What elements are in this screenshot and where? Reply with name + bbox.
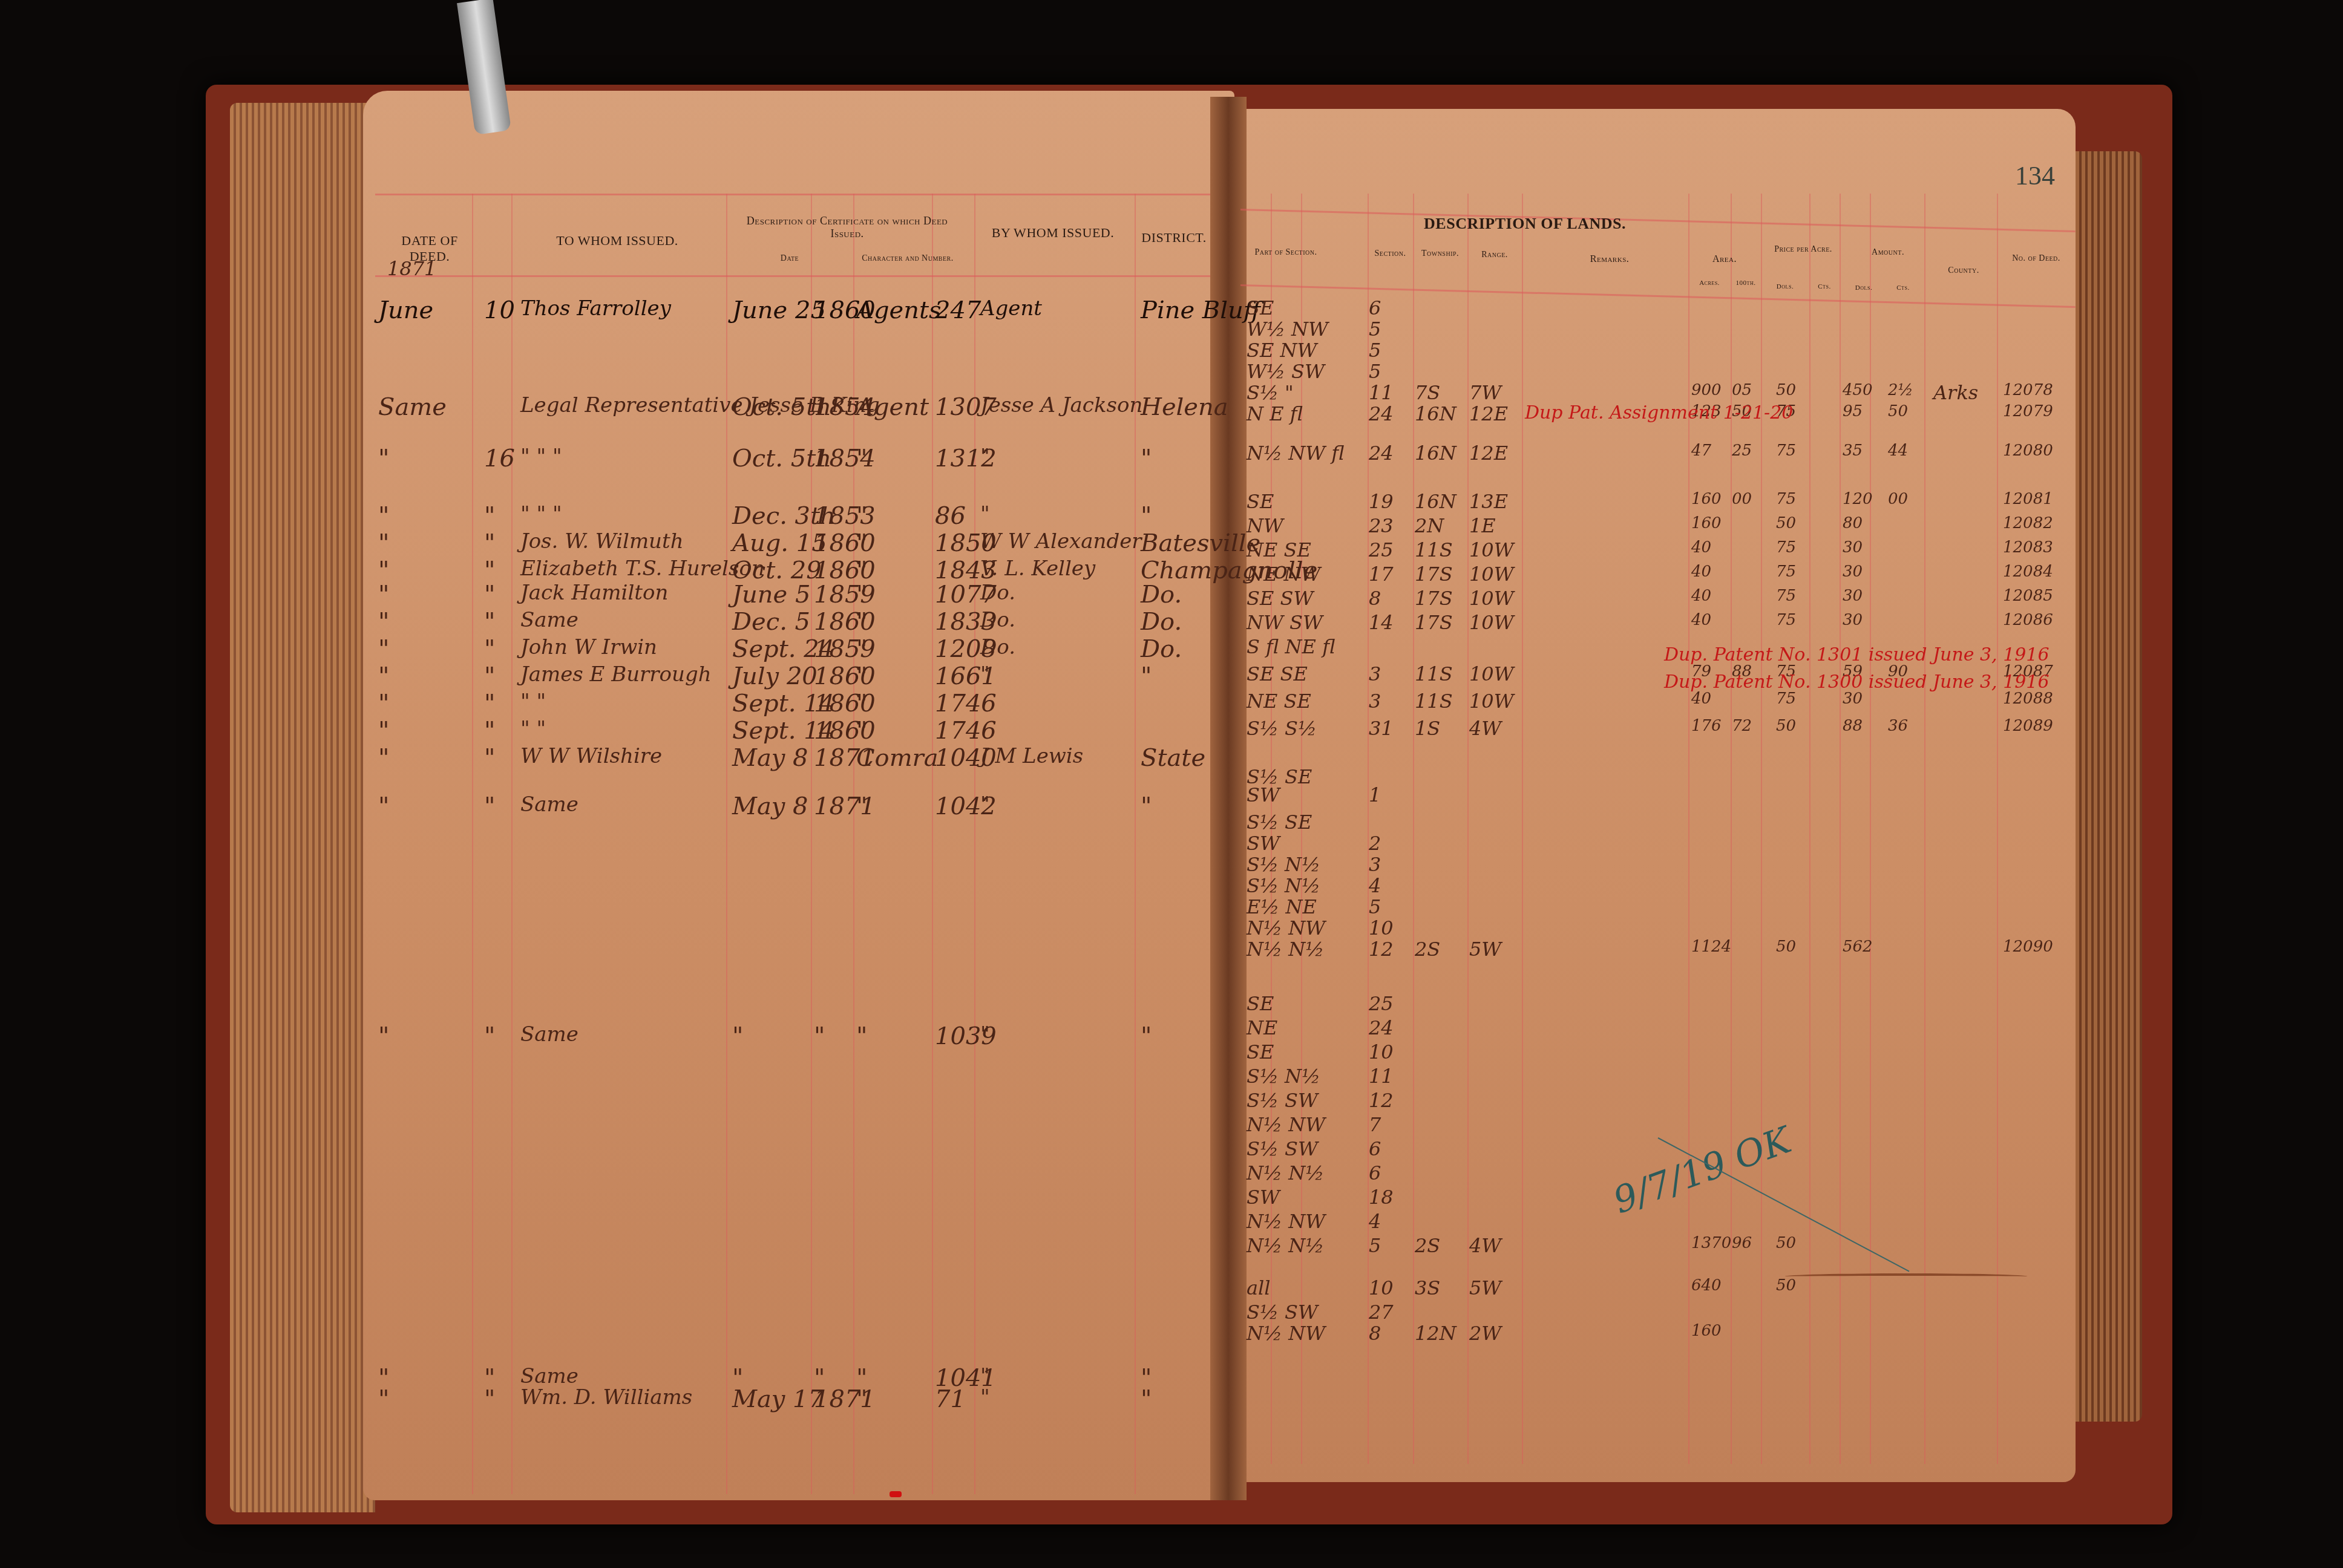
right-cell-h: 72 [1732,717,1752,735]
right-cell-part: W½ NW [1247,318,1328,341]
right-cell-part: SE [1247,1040,1274,1063]
col-rule [932,194,933,1494]
right-cell-section: 8 [1369,587,1381,610]
right-cell-section: 5 [1369,339,1381,362]
left-cell-month: " [378,662,389,690]
right-cell-section: 25 [1369,538,1394,561]
left-cell-cert_date: June 5 [732,581,810,609]
right-cell-part: S½ SW [1247,1137,1318,1160]
right-cell-part: N½ NW [1247,1210,1325,1233]
right-cell-township: 2N [1415,514,1444,537]
right-cell-range: 2W [1469,1322,1501,1345]
right-cell-range: 10W [1469,563,1514,586]
header-amount: Amount. [1846,248,1930,258]
right-cell-amount: 30 [1843,587,1863,605]
right-cell-part: S½ SE [1247,811,1312,834]
right-cell-deed_no: 12090 [2003,938,2053,956]
right-cell-acres: 40 [1691,611,1711,629]
right-cell-part: N½ N½ [1247,1234,1324,1257]
right-cell-part: S½ N½ [1247,874,1320,897]
right-cell-price: 75 [1776,563,1796,581]
left-cell-name: Same [520,1022,578,1047]
left-cell-district: " [1141,445,1152,472]
col-rule [726,194,727,1494]
left-cell-cert_date: May 8 [732,744,808,772]
right-cell-price: 50 [1776,514,1796,532]
right-cell-range: 7W [1469,381,1501,404]
left-cell-character: " [856,662,867,690]
left-cell-by_whom: " [980,792,990,817]
right-cell-township: 17S [1415,611,1453,634]
remarks-red-ink: Dup Pat. Assignment 1-21-20 [1525,402,1793,423]
right-cell-cts: 2½ [1888,381,1913,399]
right-cell-deed_no: 12083 [2003,538,2053,557]
right-cell-township: 16N [1415,490,1457,513]
left-cell-name: Jack Hamilton [520,581,668,605]
header-amount-cts: Cts. [1888,284,1918,292]
left-cell-by_whom: Do. [980,581,1015,605]
right-cell-part: S½ " [1247,381,1294,404]
right-cell-amount: 30 [1843,538,1863,557]
left-cell-day: " [484,608,495,636]
right-cell-section: 3 [1369,690,1381,713]
right-cell-part: SW [1247,832,1280,855]
right-cell-section: 2 [1369,832,1381,855]
left-cell-cert_date: May 8 [732,792,808,820]
left-cell-number: 86 [935,502,966,530]
right-cell-part: SE NW [1247,339,1317,362]
right-cell-township: 17S [1415,587,1453,610]
right-cell-amount: 95 [1843,402,1863,420]
remarks-red-ink: Dup. Patent No. 1301 issued June 3, 1916 [1664,644,2050,665]
right-cell-section: 5 [1369,360,1381,383]
right-cell-section: 5 [1369,895,1381,918]
left-cell-district: Batesville [1141,529,1260,557]
right-cell-price: 75 [1776,611,1796,629]
left-cell-cert_date: " [732,1022,743,1050]
right-cell-part: N½ NW [1247,1322,1325,1345]
left-cell-name: John W Irwin [520,635,657,659]
right-cell-part: S fl NE fl [1247,635,1335,658]
right-cell-section: 6 [1369,1161,1381,1184]
col-rule [472,194,473,1494]
header-area: Area. [1688,254,1761,265]
left-cell-name: W W Wilshire [520,744,662,768]
left-cell-by_whom: " [980,1385,990,1410]
right-cell-section: 5 [1369,1234,1381,1257]
right-cell-part: S½ SW [1247,1089,1318,1112]
left-cell-character: " [856,608,867,636]
right-cell-range: 10W [1469,662,1514,685]
left-cell-character: Agent [856,393,929,421]
left-cell-district: " [1141,662,1152,690]
right-cell-h: 96 [1732,1234,1752,1252]
left-cell-name: James E Burrough [520,662,712,687]
right-cell-cts: 50 [1888,402,1908,420]
left-cell-district: " [1141,1022,1152,1050]
right-cell-deed_no: 12084 [2003,563,2053,581]
left-cell-district: " [1141,502,1152,530]
header-district: DISTRICT. [1138,230,1210,246]
left-cell-name: Elizabeth T.S. Hurelson [520,557,765,581]
right-cell-part: all [1247,1276,1271,1299]
left-cell-character: " [856,581,867,609]
right-cell-price: 75 [1776,587,1796,605]
right-cell-acres: 640 [1691,1276,1722,1295]
right-cell-range: 5W [1469,938,1501,961]
right-cell-section: 23 [1369,514,1394,537]
right-cell-part: NE SE [1247,690,1311,713]
col-rule [1467,194,1469,1464]
left-cell-district: " [1141,1385,1152,1413]
left-cell-character: Agents [856,296,942,324]
left-cell-by_whom: " [980,445,990,469]
col-rule [1135,194,1136,1494]
right-cell-part: N E fl [1247,402,1303,425]
col-rule [1522,194,1523,1464]
right-cell-township: 12N [1415,1322,1457,1345]
left-cell-month: " [378,608,389,636]
left-cell-day: " [484,1022,495,1050]
left-cell-name: Same [520,608,578,632]
left-cell-by_whom: J M Lewis [980,744,1083,768]
left-cell-name: " " " [520,502,562,526]
header-no-of-deed: No. of Deed. [2003,254,2069,264]
right-cell-amount: 450 [1843,381,1873,399]
left-cell-character: " [856,1385,867,1413]
left-cell-by_whom: W W Alexander [980,529,1142,554]
left-cell-month: June [378,296,433,324]
left-cell-district: Do. [1141,635,1182,663]
right-cell-deed_no: 12086 [2003,611,2053,629]
right-cell-part: S½ N½ [1247,853,1320,876]
header-township: Township. [1413,249,1467,259]
left-cell-month: " [378,717,389,745]
right-cell-amount: 80 [1843,514,1863,532]
left-cell-day: " [484,529,495,557]
right-cell-price: 50 [1776,938,1796,956]
left-cell-number: 71 [935,1385,966,1413]
left-cell-character: " [856,717,867,745]
right-cell-price: 50 [1776,1234,1796,1252]
right-cell-township: 1S [1415,717,1440,740]
right-cell-acres: 47 [1691,442,1711,460]
right-cell-amount: 30 [1843,611,1863,629]
red-ink-spot [890,1491,902,1497]
left-cell-month: " [378,1385,389,1413]
left-cell-month: Same [378,393,447,421]
right-cell-part: S½ N½ [1247,1065,1320,1088]
right-cell-section: 11 [1369,381,1394,404]
left-cell-day: 16 [484,445,515,472]
right-cell-section: 25 [1369,992,1394,1015]
water-stain [1785,1273,2027,1279]
right-cell-part: SW [1247,1186,1280,1209]
left-cell-character: " [856,1022,867,1050]
left-cell-cert_date: June 25 [732,296,826,324]
left-cell-number: 1746 [935,690,997,717]
right-cell-township: 11S [1415,662,1453,685]
right-cell-range: 1E [1469,514,1496,537]
right-cell-range: 5W [1469,1276,1501,1299]
page-number: 134 [2015,160,2055,191]
rule-header-left [375,275,1210,277]
header-to-whom-issued: TO WHOM ISSUED. [520,233,714,249]
left-cell-month: " [378,744,389,772]
left-cell-cert_date: Aug. 15 [732,529,827,557]
right-cell-section: 14 [1369,611,1394,634]
right-cell-price: 50 [1776,381,1796,399]
right-cell-section: 5 [1369,318,1381,341]
right-cell-h: 25 [1732,442,1752,460]
right-cell-section: 6 [1369,296,1381,319]
left-cell-by_whom: Do. [980,635,1015,659]
left-cell-character: Comra [856,744,939,772]
right-cell-part: SW [1247,783,1280,806]
right-cell-township: 16N [1415,442,1457,465]
header-hundredths: 100th. [1731,279,1761,287]
right-cell-township: 7S [1415,381,1440,404]
right-cell-acres: 40 [1691,563,1711,581]
right-cell-part: W½ SW [1247,360,1325,383]
left-cell-district: State [1141,744,1205,772]
header-price-per-acre: Price per Acre. [1767,245,1840,255]
right-cell-deed_no: 12078 [2003,381,2053,399]
left-cell-by_whom: " [980,662,990,687]
left-cell-number: 247 [935,296,981,324]
right-cell-part: S½ SW [1247,1301,1318,1324]
right-cell-part: E½ NE [1247,895,1317,918]
left-cell-day: " [484,662,495,690]
right-cell-township: 11S [1415,690,1453,713]
header-amount-dols: Dols. [1846,284,1882,292]
right-cell-section: 6 [1369,1137,1381,1160]
header-by-whom-issued: BY WHOM ISSUED. [977,225,1129,241]
left-cell-by_whom: " [980,1364,990,1388]
left-cell-character: " [856,529,867,557]
right-cell-section: 12 [1369,1089,1394,1112]
col-rule [974,194,975,1494]
left-cell-by_whom: Do. [980,608,1015,632]
left-cell-character: " [856,635,867,663]
col-rule [1413,194,1414,1464]
left-cell-day: 10 [484,296,515,324]
left-cell-by_whom: " [980,1022,990,1047]
right-cell-deed_no: 12089 [2003,717,2053,735]
right-cell-section: 17 [1369,563,1394,586]
left-cell-day: " [484,581,495,609]
right-cell-section: 4 [1369,874,1381,897]
right-cell-acres: 160 [1691,1322,1722,1340]
right-cell-cts: 00 [1888,490,1908,508]
right-cell-h: 05 [1732,381,1752,399]
right-cell-part: N½ N½ [1247,938,1324,961]
right-cell-section: 24 [1369,1016,1394,1039]
header-section: Section. [1368,249,1413,259]
page-edges-left [230,103,375,1512]
right-cell-section: 7 [1369,1113,1381,1136]
right-cell-part: SE [1247,992,1274,1015]
right-cell-township: 17S [1415,563,1453,586]
right-cell-section: 4 [1369,1210,1381,1233]
header-acres: Acres. [1688,279,1731,287]
right-cell-amount: 562 [1843,938,1873,956]
right-cell-acres: 40 [1691,587,1711,605]
left-cell-by_whom: Jesse A Jackson [980,393,1142,417]
right-cell-amount: 120 [1843,490,1873,508]
right-cell-part: SE [1247,490,1274,513]
left-cell-by_whom: " [980,502,990,526]
right-cell-township: 2S [1415,938,1440,961]
left-cell-month: " [378,445,389,472]
left-cell-month: " [378,581,389,609]
col-rule [1761,194,1762,1464]
left-cell-day: " [484,502,495,530]
right-cell-range: 4W [1469,1234,1501,1257]
header-cert-character-number: Character and Number. [847,254,968,264]
right-cell-acres: 1124 [1691,938,1731,956]
right-cell-section: 10 [1369,1040,1394,1063]
right-cell-section: 3 [1369,662,1381,685]
right-cell-section: 3 [1369,853,1381,876]
right-cell-township: 16N [1415,402,1457,425]
col-rule [1688,194,1689,1464]
right-cell-section: 1 [1369,783,1381,806]
header-cert-date: Date [732,254,847,264]
left-cell-month: " [378,1022,389,1050]
header-certificate-group: Description of Certificate on which Deed… [732,215,962,240]
right-cell-deed_no: 12082 [2003,514,2053,532]
left-cell-district: Pine Bluff [1141,296,1260,324]
right-cell-section: 10 [1369,1276,1394,1299]
left-cell-day: " [484,744,495,772]
right-cell-part: N½ NW [1247,916,1325,939]
right-cell-acres: 160 [1691,490,1722,508]
right-cell-amount: 88 [1843,717,1863,735]
right-cell-section: 24 [1369,402,1394,425]
col-rule [1997,194,1998,1464]
right-cell-part: NE NW [1247,563,1320,586]
right-cell-acres: 900 [1691,381,1722,399]
right-cell-price: 75 [1776,490,1796,508]
header-county: County. [1930,266,1997,276]
left-cell-cert_year: " [814,1022,825,1050]
right-cell-price: 50 [1776,717,1796,735]
right-cell-section: 24 [1369,442,1394,465]
col-rule [1809,194,1810,1464]
col-rule [853,194,854,1494]
right-cell-price: 50 [1776,1276,1796,1295]
right-cell-range: 12E [1469,402,1508,425]
left-cell-name: Jos. W. Wilmuth [520,529,684,554]
right-cell-part: NW SW [1247,611,1323,634]
left-cell-month: " [378,792,389,820]
left-cell-month: " [378,529,389,557]
right-cell-range: 12E [1469,442,1508,465]
left-cell-name: " " [520,690,546,714]
left-cell-character: " [856,792,867,820]
header-price-dols: Dols. [1767,283,1803,290]
right-cell-township: 3S [1415,1276,1440,1299]
right-cell-amount: 30 [1843,563,1863,581]
right-cell-part: SE SW [1247,587,1313,610]
left-cell-day: " [484,635,495,663]
right-cell-section: 8 [1369,1322,1381,1345]
header-description-of-lands: DESCRIPTION OF LANDS. [1404,215,1646,233]
left-cell-name: Wm. D. Williams [520,1385,692,1410]
left-cell-district: Do. [1141,608,1182,636]
header-remarks: Remarks. [1549,254,1670,265]
right-cell-section: 27 [1369,1301,1394,1324]
right-cell-range: 10W [1469,587,1514,610]
left-cell-cert_date: July 20 [732,662,818,690]
right-cell-deed_no: 12079 [2003,402,2053,420]
left-cell-by_whom: Agent [980,296,1042,321]
right-cell-section: 11 [1369,1065,1394,1088]
right-cell-acres: 176 [1691,717,1722,735]
right-cell-township: 2S [1415,1234,1440,1257]
left-cell-month: " [378,502,389,530]
left-cell-name: Thos Farrolley [520,296,671,321]
left-cell-name: Same [520,792,578,817]
left-cell-character: " [856,690,867,717]
right-cell-section: 31 [1369,717,1394,740]
right-cell-range: 10W [1469,690,1514,713]
right-cell-deed_no: 12080 [2003,442,2053,460]
left-cell-district: " [1141,792,1152,820]
header-price-cts: Cts. [1809,283,1840,290]
left-cell-month: " [378,635,389,663]
left-cell-cert_date: Dec. 5 [732,608,810,636]
left-cell-character: " [856,502,867,530]
rule-top-left [375,194,1210,195]
col-rule [811,194,812,1494]
right-cell-part: SE [1247,296,1274,319]
left-cell-name: " " [520,717,546,741]
right-cell-deed_no: 12081 [2003,490,2053,508]
header-part-of-section: Part of Section. [1247,248,1325,258]
right-cell-amount: 35 [1843,442,1863,460]
right-cell-acres: 40 [1691,538,1711,557]
right-cell-section: 19 [1369,490,1394,513]
left-cell-character: " [856,445,867,472]
right-cell-part: NE [1247,1016,1277,1039]
col-rule [511,194,513,1494]
right-cell-township: 11S [1415,538,1453,561]
right-cell-county: Arks [1933,381,1978,404]
right-cell-deed_no: 12085 [2003,587,2053,605]
left-cell-day: " [484,717,495,745]
right-cell-price: 75 [1776,442,1796,460]
right-cell-price: 75 [1776,538,1796,557]
header-range: Range. [1467,250,1522,260]
left-cell-by_whom: V. L. Kelley [980,557,1095,581]
right-cell-part: NW [1247,514,1283,537]
right-cell-part: S½ S½ [1247,717,1317,740]
right-cell-part: N½ NW [1247,1113,1325,1136]
right-cell-range: 13E [1469,490,1508,513]
right-cell-part: N½ N½ [1247,1161,1324,1184]
right-cell-acres: 1370 [1691,1234,1731,1252]
right-cell-part: NE SE [1247,538,1311,561]
right-cell-range: 10W [1469,611,1514,634]
left-cell-day: " [484,690,495,717]
right-cell-cts: 44 [1888,442,1908,460]
right-cell-section: 10 [1369,916,1394,939]
right-cell-acres: 160 [1691,514,1722,532]
remarks-red-ink: Dup. Patent No. 1300 issued June 3, 1916 [1664,671,2050,693]
left-cell-name: " " " [520,445,562,469]
